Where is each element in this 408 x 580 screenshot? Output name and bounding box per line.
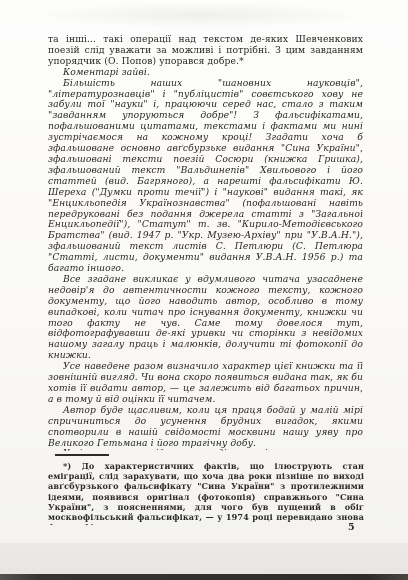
paragraph: Більшість наших "шановних науковців", "л… bbox=[48, 79, 363, 275]
paragraph: та інші... такі операції над текстом де-… bbox=[48, 35, 363, 68]
page-number: 5 bbox=[348, 522, 355, 533]
scan-dark-edge bbox=[0, 574, 408, 580]
paragraph: У інших щасливійших народів учені мусять… bbox=[48, 449, 363, 451]
footnote-separator bbox=[55, 454, 109, 456]
scanned-book-page: та інші... такі операції над текстом де-… bbox=[0, 0, 408, 580]
paragraph: Все згадане викликає у вдумливого читача… bbox=[48, 275, 363, 362]
paragraph: Усе наведене разом визначило характер ці… bbox=[48, 362, 363, 406]
paragraph: Автор буде щасливим, коли ця праця бодай… bbox=[48, 406, 363, 450]
paragraph: Коментарі зайві. bbox=[48, 68, 363, 79]
footnote-text: *) До характеристичних фактів, що ілюстр… bbox=[48, 461, 364, 525]
body-text: та інші... такі операції над текстом де-… bbox=[48, 35, 363, 451]
